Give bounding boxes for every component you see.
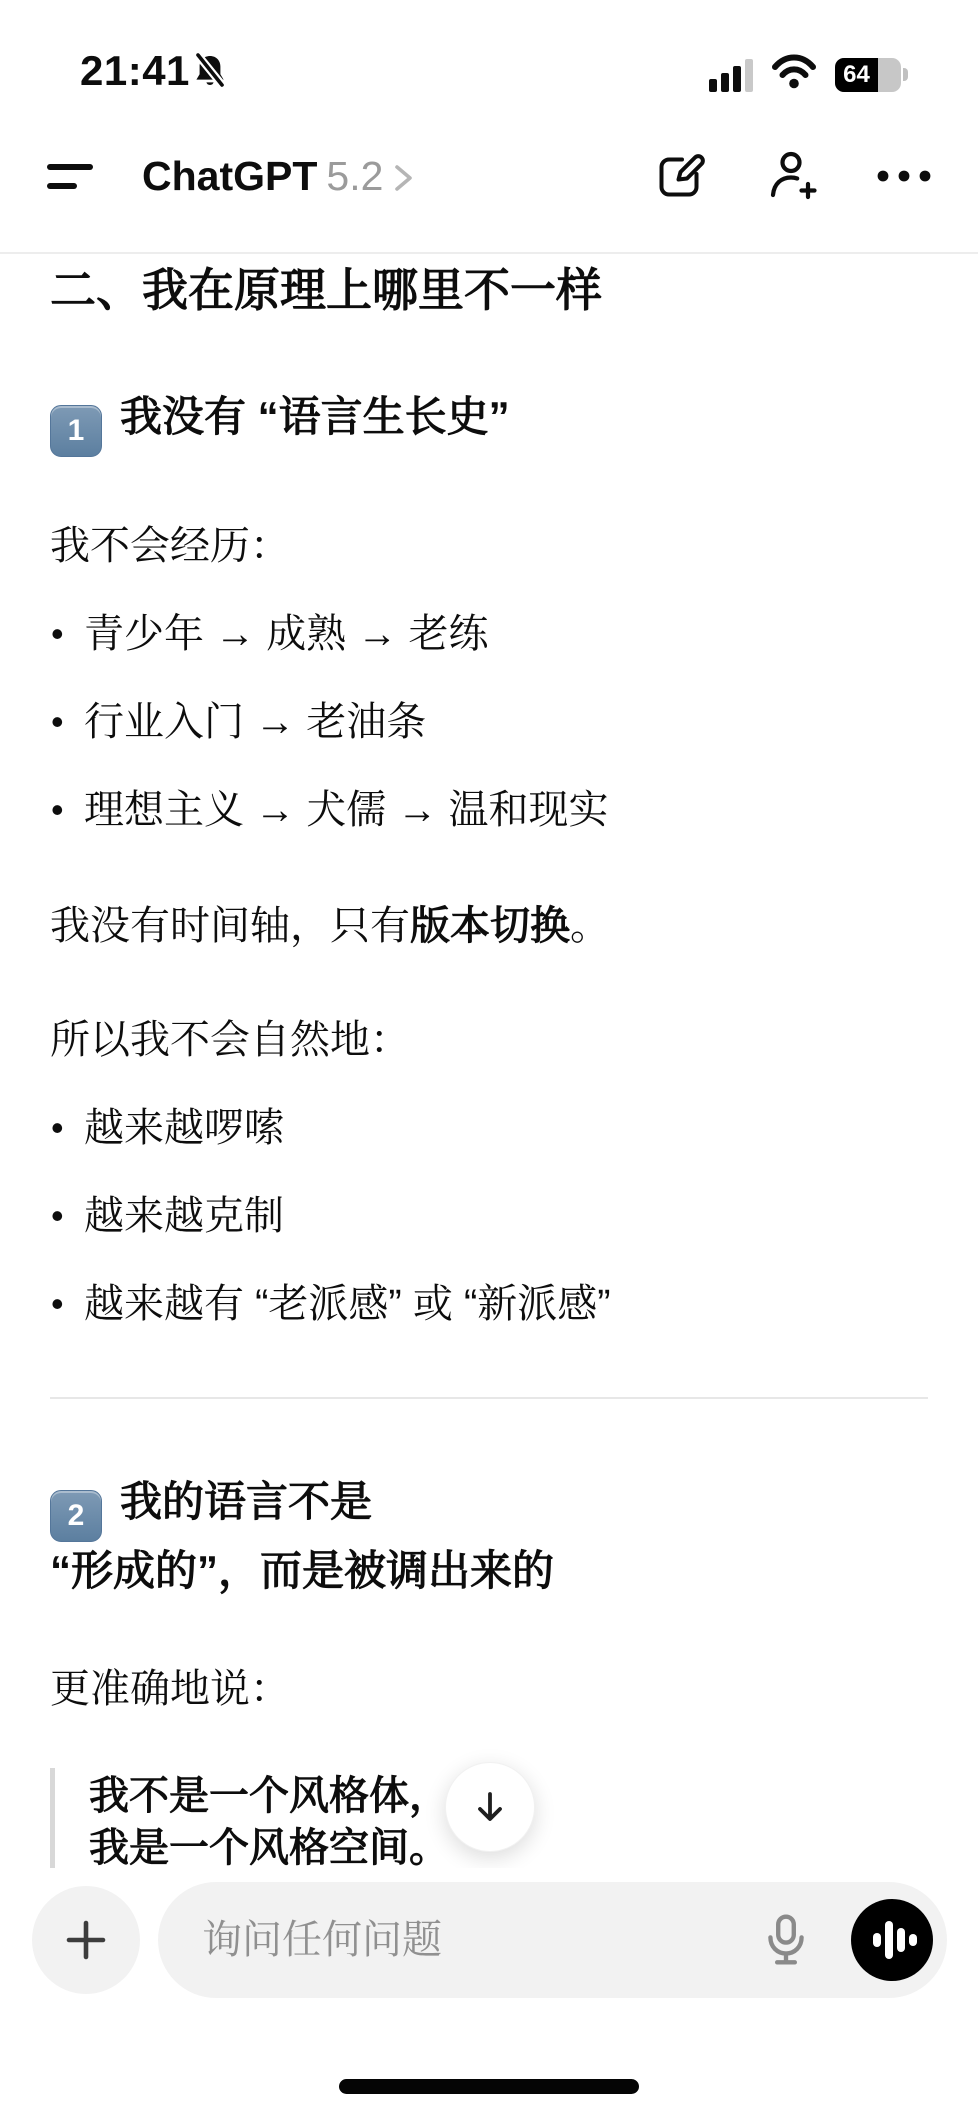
app-header: ChatGPT 5.2: [0, 100, 978, 254]
home-indicator[interactable]: [339, 2079, 639, 2094]
voice-mode-button[interactable]: [851, 1899, 933, 1981]
subsection-1-heading: 1我没有 “语言生长史”: [50, 388, 928, 457]
model-version: 5.2: [326, 153, 383, 200]
dictation-button[interactable]: [763, 1913, 809, 1967]
bullet-list: 越来越啰嗦 越来越克制 越来越有 “老派感” 或 “新派感”: [50, 1103, 928, 1329]
bold-text: 版本切换: [410, 904, 570, 948]
cellular-signal-icon: [709, 58, 753, 92]
paragraph: 我没有时间轴，只有版本切换。: [50, 901, 928, 951]
model-selector[interactable]: ChatGPT 5.2: [142, 153, 415, 200]
message-input-pill: [158, 1882, 947, 1998]
arrow-down-icon: [469, 1786, 511, 1828]
list-item: 越来越克制: [50, 1191, 928, 1241]
divider: [50, 1397, 928, 1399]
person-add-icon: [764, 149, 818, 203]
bullet-list: 青少年 → 成熟 → 老练 行业入门 → 老油条 理想主义 → 犬儒 → 温和现…: [50, 609, 928, 835]
clock: 21:41: [80, 47, 190, 95]
paragraph: 我不会经历：: [50, 521, 928, 571]
plus-icon: [59, 1913, 113, 1967]
app-title: ChatGPT: [142, 153, 317, 200]
more-button[interactable]: [876, 169, 932, 183]
message-input[interactable]: [202, 1918, 763, 1963]
scroll-to-bottom-button[interactable]: [445, 1762, 535, 1852]
add-person-button[interactable]: [764, 149, 818, 203]
subsection-2-heading: 2我的语言不是 “形成的”，而是被调出来的: [50, 1473, 928, 1600]
keycap-2-emoji: 2: [50, 1490, 102, 1542]
list-item: 越来越啰嗦: [50, 1103, 928, 1153]
chevron-right-icon: [393, 161, 415, 200]
menu-icon: [47, 183, 77, 189]
waveform-icon: [866, 1914, 918, 1966]
list-item: 越来越有 “老派感” 或 “新派感”: [50, 1279, 928, 1329]
notifications-off-icon: [190, 52, 230, 99]
compose-icon: [654, 150, 706, 202]
list-item: 青少年 → 成熟 → 老练: [50, 609, 928, 659]
battery-percent: 64: [835, 58, 878, 92]
microphone-icon: [763, 1913, 809, 1967]
wifi-icon: [771, 54, 817, 95]
list-item: 行业入门 → 老油条: [50, 697, 928, 747]
attach-button[interactable]: [32, 1886, 140, 1994]
paragraph: 更准确地说：: [50, 1664, 928, 1714]
screen: 21:41 64: [0, 0, 978, 2120]
paragraph: 所以我不会自然地：: [50, 1015, 928, 1065]
status-bar: 21:41 64: [0, 0, 978, 100]
section-heading: 二、我在原理上哪里不一样: [50, 262, 928, 318]
battery-icon: 64: [835, 58, 908, 92]
keycap-1-emoji: 1: [50, 405, 102, 457]
ellipsis-icon: [876, 169, 932, 183]
menu-button[interactable]: [47, 164, 93, 189]
list-item: 理想主义 → 犬儒 → 温和现实: [50, 785, 928, 835]
new-chat-button[interactable]: [654, 150, 706, 202]
assistant-message: 二、我在原理上哪里不一样 1我没有 “语言生长史” 我不会经历： 青少年 → 成…: [0, 256, 978, 1872]
menu-icon: [47, 164, 93, 170]
composer-bar: [0, 1868, 978, 2120]
